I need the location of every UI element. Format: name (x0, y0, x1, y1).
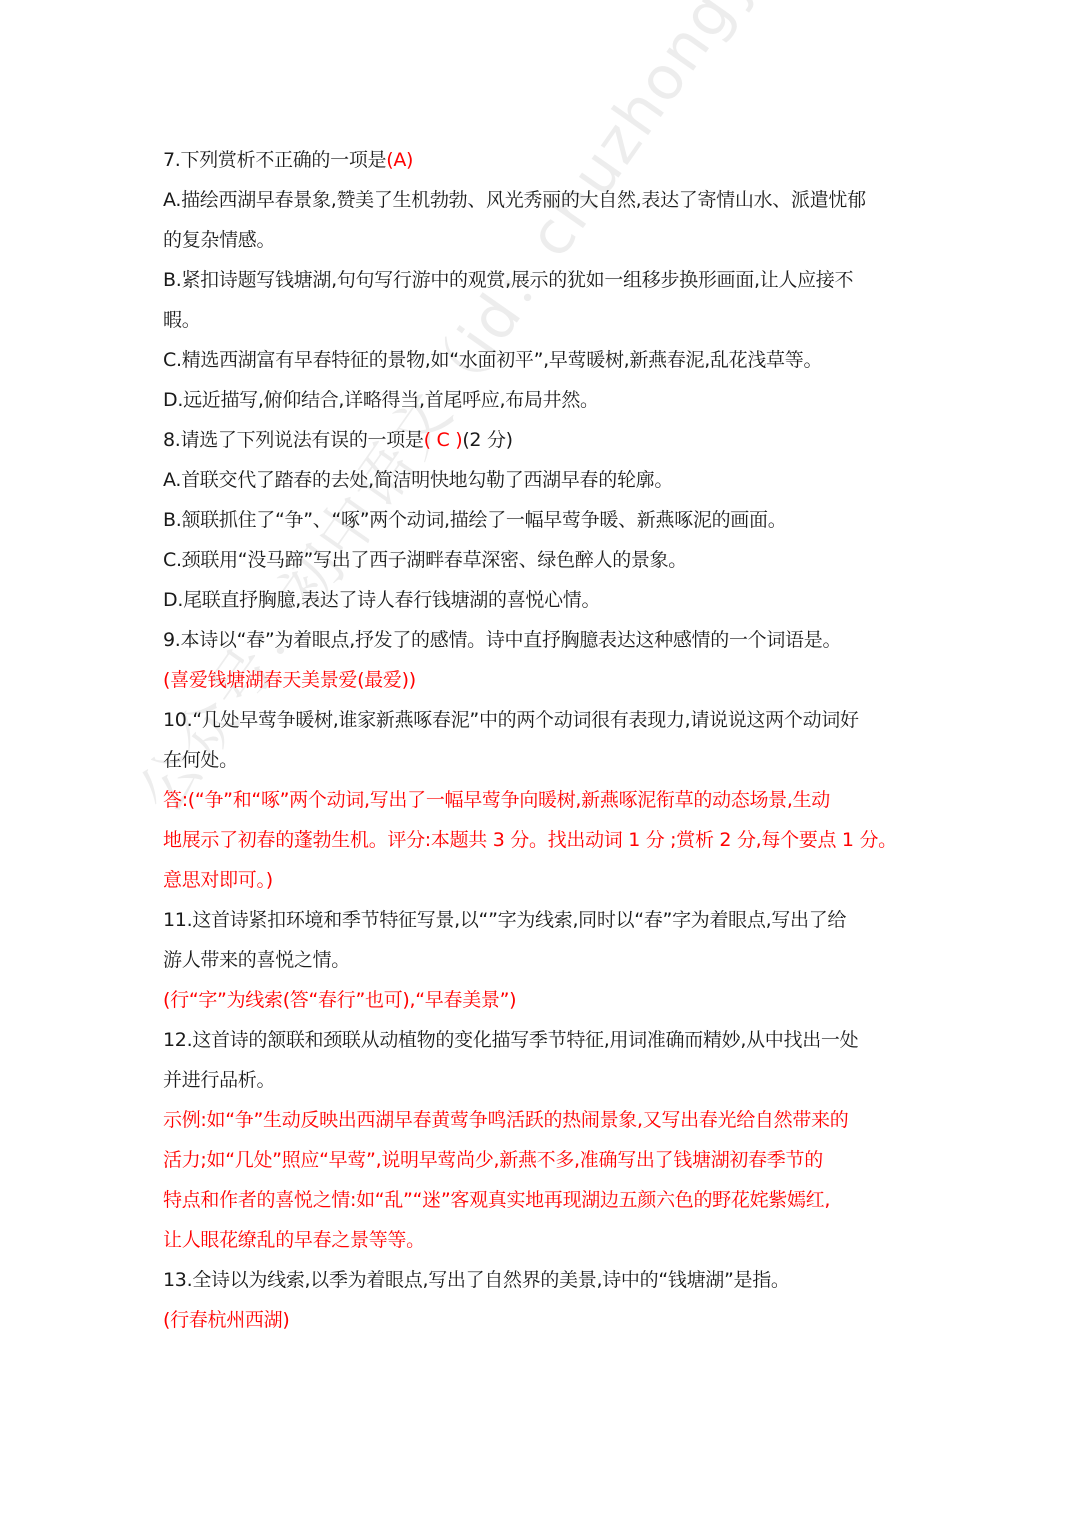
question-10: 10.“几处早莺争暖树,谁家新燕啄春泥”中的两个动词很有表现力,请说说这两个动词… (163, 700, 923, 740)
answer-13: (行春杭州西湖) (163, 1300, 923, 1340)
question-text: 7.下列赏析不正确的一项是 (163, 149, 386, 171)
question-7: 7.下列赏析不正确的一项是(A) (163, 140, 923, 180)
answer-12-end: 让人眼花缭乱的早春之景等等。 (163, 1220, 923, 1260)
question-11-cont: 游人带来的喜悦之情。 (163, 940, 923, 980)
answer-10-end: 意思对即可。) (163, 860, 923, 900)
question-13: 13.全诗以为线索,以季为着眼点,写出了自然界的美景,诗中的“钱塘湖”是指。 (163, 1260, 923, 1300)
question-11: 11.这首诗紧扣环境和季节特征写景,以“”字为线索,同时以“春”字为着眼点,写出… (163, 900, 923, 940)
question-10-cont: 在何处。 (163, 740, 923, 780)
option-8b: B.颔联抓住了“争”、“啄”两个动词,描绘了一幅早莺争暖、新燕啄泥的画面。 (163, 500, 923, 540)
score: (2 分) (462, 429, 512, 451)
option-7a-cont: 的复杂情感。 (163, 220, 923, 260)
question-12: 12.这首诗的颔联和颈联从动植物的变化描写季节特征,用词准确而精妙,从中找出一处 (163, 1020, 923, 1060)
answer-11: (行“字”为线索(答“春行”也可),“早春美景”) (163, 980, 923, 1020)
option-7a: A.描绘西湖早春景象,赞美了生机勃勃、风光秀丽的大自然,表达了寄情山水、派遣忧郁 (163, 180, 923, 220)
answer: ( C ) (424, 429, 463, 451)
option-8a: A.首联交代了踏春的去处,简洁明快地勾勒了西湖早春的轮廓。 (163, 460, 923, 500)
option-8c: C.颈联用“没马蹄”写出了西子湖畔春草深密、绿色醉人的景象。 (163, 540, 923, 580)
option-7b-cont: 暇。 (163, 300, 923, 340)
option-7b: B.紧扣诗题写钱塘湖,句句写行游中的观赏,展示的犹如一组移步换形画面,让人应接不 (163, 260, 923, 300)
option-7d: D.远近描写,俯仰结合,详略得当,首尾呼应,布局井然。 (163, 380, 923, 420)
document-page: 7.下列赏析不正确的一项是(A) A.描绘西湖早春景象,赞美了生机勃勃、风光秀丽… (163, 140, 923, 1340)
option-8d: D.尾联直抒胸臆,表达了诗人春行钱塘湖的喜悦心情。 (163, 580, 923, 620)
answer: (A) (386, 149, 413, 171)
answer-9: (喜爱钱塘湖春天美景爱(最爱)) (163, 660, 923, 700)
answer-10-cont: 地展示了初春的蓬勃生机。评分:本题共 3 分。找出动词 1 分 ;赏析 2 分,… (163, 820, 923, 860)
option-7c: C.精选西湖富有早春特征的景物,如“水面初平”,早莺暖树,新燕春泥,乱花浅草等。 (163, 340, 923, 380)
question-12-cont: 并进行品析。 (163, 1060, 923, 1100)
answer-12-cont1: 活力;如“几处”照应“早莺”,说明早莺尚少,新燕不多,准确写出了钱塘湖初春季节的 (163, 1140, 923, 1180)
question-8: 8.请选了下列说法有误的一项是( C )(2 分) (163, 420, 923, 460)
question-text: 8.请选了下列说法有误的一项是 (163, 429, 424, 451)
question-9: 9.本诗以“春”为着眼点,抒发了的感情。诗中直抒胸臆表达这种感情的一个词语是。 (163, 620, 923, 660)
answer-12: 示例:如“争”生动反映出西湖早春黄莺争鸣活跃的热闹景象,又写出春光给自然带来的 (163, 1100, 923, 1140)
answer-12-cont2: 特点和作者的喜悦之情:如“乱”“迷”客观真实地再现湖边五颜六色的野花姹紫嫣红, (163, 1180, 923, 1220)
answer-10: 答:(“争”和“啄”两个动词,写出了一幅早莺争向暖树,新燕啄泥衔草的动态场景,生… (163, 780, 923, 820)
